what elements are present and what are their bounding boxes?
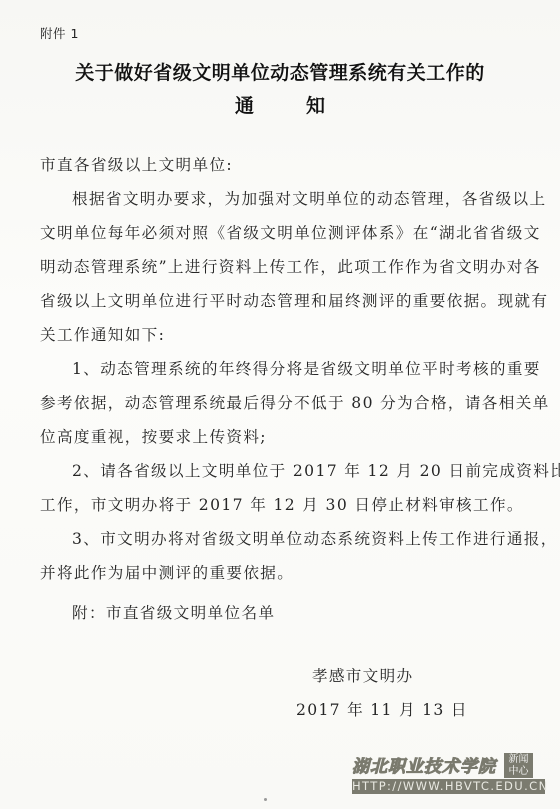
paragraph-line: 根据省文明办要求，为加强对文明单位的动态管理，各省级以上: [72, 187, 546, 209]
scan-speck: [264, 798, 267, 801]
watermark-url: HTTP://WWW.HBVTC.EDU.CN: [352, 779, 545, 794]
item-3-line: 并将此作为届中测评的重要依据。: [40, 561, 294, 583]
paragraph-line: 文明单位每年必须对照《省级文明单位测评体系》在“湖北省省级文: [40, 221, 541, 243]
paragraph-line: 省级以上文明单位进行平时动态管理和届终测评的重要依据。现就有: [40, 289, 548, 311]
item-1-line: 位高度重视，按要求上传资料;: [40, 425, 267, 447]
title-char-1: 通: [235, 91, 254, 118]
item-2-line: 2、请各省级以上文明单位于 2017 年 12 月 20 日前完成资料比传: [72, 459, 560, 481]
issue-date: 2017 年 11 月 13 日: [296, 698, 468, 720]
title-char-2: 知: [306, 91, 325, 118]
document-title-notice: 通知: [0, 91, 560, 118]
watermark: 湖北职业技术学院 新闻 中心 HTTP://WWW.HBVTC.EDU.CN: [352, 752, 548, 798]
item-1-line: 1、动态管理系统的年终得分将是省级文明单位平时考核的重要: [72, 357, 541, 379]
appendix-note: 附：市直省级文明单位名单: [72, 601, 275, 623]
salutation: 市直各省级以上文明单位:: [40, 153, 233, 175]
watermark-logo: 湖北职业技术学院: [352, 752, 502, 774]
document-title: 关于做好省级文明单位动态管理系统有关工作的: [0, 58, 560, 85]
item-3-line: 3、市文明办将对省级文明单位动态系统资料上传工作进行通报，: [72, 527, 558, 549]
item-1-line: 参考依据，动态管理系统最后得分不低于 80 分为合格，请各相关单: [40, 391, 550, 413]
item-2-line: 工作，市文明办将于 2017 年 12 月 30 日停止材料审核工作。: [40, 493, 524, 515]
document-page: 附件 1 关于做好省级文明单位动态管理系统有关工作的 通知 市直各省级以上文明单…: [0, 0, 560, 809]
attachment-label: 附件 1: [40, 24, 79, 42]
paragraph-line: 明动态管理系统”上进行资料上传工作，此项工作作为省文明办对各: [40, 255, 541, 277]
paragraph-line: 关工作通知如下:: [40, 323, 165, 345]
news-center-badge: 新闻 中心: [504, 753, 533, 778]
issuer-name: 孝感市文明办: [312, 664, 413, 686]
